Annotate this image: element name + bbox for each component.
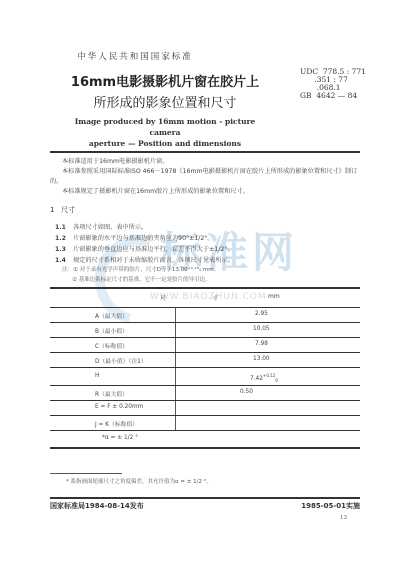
clause-1-4: 1.4规定的尺寸系相对于未收缩胶片而言，各项尺寸见表所示。 [55, 255, 234, 264]
gb-number: GB 4642 — 84 [300, 92, 366, 100]
intro-paragraph-1: 本标准适用于16mm电影摄影机片窗。 [50, 157, 360, 167]
table-row-label: D（最小值）（注1） [95, 356, 147, 365]
footnote: * 系指画面轮廓尺寸之角度偏差，其允许值为α = ± 1/2 °。 [66, 477, 212, 485]
table-row-rule [50, 322, 360, 323]
table-row-label: J = K（标称值） [95, 419, 138, 428]
udc-block: UDC 778.5 : 771 .351 : 77 .068.1 GB 4642… [300, 68, 366, 100]
intro-paragraph-3: 本标准规定了摄影机片窗在16mm胶片上所形成的影象位置和尺寸。 [50, 187, 360, 197]
watermark-url: WWW.BIAOZHUN.COM [150, 292, 267, 302]
table-row-value: 0.50 [240, 389, 253, 395]
note-1: 注：① 对于录有光学声带的胶片，尺寸D等于13.00⁺⁰·²⁵₀ mm。 [62, 265, 219, 273]
footer-divider [50, 497, 360, 499]
table-row-value: 2.95 [255, 311, 268, 317]
table-row-label: C（标称值） [95, 341, 128, 350]
title-en-line1: Image produced by 16mm motion - picture … [60, 116, 270, 138]
note-2: ② 基准边系标定尺寸的基准，它不一定是胶片的导引边。 [72, 275, 211, 283]
tolerance-plus: +0.12 [263, 373, 275, 378]
table-header-unit: mm [268, 293, 280, 300]
table-last-row: *α = ± 1/2 ° [102, 435, 138, 441]
section-heading: 1 尺寸 [50, 205, 75, 215]
table-row-rule [50, 415, 360, 416]
table-row-rule [50, 352, 360, 353]
table-row-value: 10.05 [253, 326, 270, 332]
table-top-rule [50, 287, 360, 289]
title-cn-line2: 所形成的影象位置和尺寸 [60, 93, 270, 114]
page-number: 13 [340, 515, 347, 521]
clause-1-3: 1.3片窗影象的垂直边应与基准边平行，误差不得大于±1/2°。 [55, 244, 234, 253]
table-header-rule [50, 307, 360, 308]
table-column-divider [175, 307, 176, 430]
clause-number: 1.1 [55, 224, 73, 231]
clause-number: 1.4 [55, 257, 73, 264]
section-number: 1 [50, 206, 54, 214]
table-row-label: B（最小值） [95, 326, 128, 335]
clause-number: 1.2 [55, 235, 73, 242]
section-title: 尺寸 [61, 206, 75, 214]
table-row-value: 13.00 [253, 356, 270, 362]
table-row-rule [50, 385, 360, 386]
clause-1-2: 1.2片窗影象的水平边与基准边的夹角应为90°±1/2°。 [55, 233, 214, 242]
table-row-rule [50, 400, 360, 401]
table-row-value: 7.98 [255, 341, 268, 347]
table-header-col1: 尺 [160, 293, 166, 302]
table-bottom-rule [50, 447, 360, 449]
table-row-label: A（最大值） [95, 311, 128, 320]
clause-text: 各项尺寸如图、表中所示。 [73, 224, 147, 231]
table-row-value-with-tolerance: 7.42+0.120 [250, 373, 278, 383]
table-row-rule [50, 430, 360, 431]
tolerance-minus: 0 [275, 378, 278, 383]
clause-number: 1.3 [55, 246, 73, 253]
title-en-line2: aperture — Position and dimensions [60, 138, 270, 149]
clause-text: 片窗影象的水平边与基准边的夹角应为90°±1/2°。 [73, 235, 214, 242]
title-cn-line1: 16mm电影摄影机片窗在胶片上 [60, 72, 270, 93]
header-divider [50, 151, 360, 153]
clause-text: 片窗影象的垂直边应与基准边平行，误差不得大于±1/2°。 [73, 246, 234, 253]
note-text: ① 对于录有光学声带的胶片，尺寸D等于13.00⁺⁰·²⁵₀ mm。 [73, 267, 219, 273]
table-row-rule [50, 337, 360, 338]
title-english: Image produced by 16mm motion - picture … [60, 116, 270, 149]
effective-date: 1985-05-01实施 [301, 501, 360, 511]
table-row-rule [50, 367, 360, 368]
clause-1-1: 1.1各项尺寸如图、表中所示。 [55, 222, 147, 231]
intro-paragraph-2: 本标准参照采用国际标准ISO 466－1978《16mm电影摄影机片窗在胶片上所… [50, 167, 360, 187]
table-row-label: E = F ± 0.20mm [95, 404, 143, 410]
national-standard-label: 中华人民共和国国家标准 [0, 50, 270, 62]
notes-label: 注： [62, 267, 73, 273]
footnote-divider [50, 473, 122, 474]
table-row-label: H [95, 373, 99, 379]
table-header-col2: 寸 [212, 293, 218, 302]
issued-date: 国家标准局1984-08-14发布 [50, 501, 144, 511]
table-row-value: 7.42 [250, 376, 263, 382]
title-chinese: 16mm电影摄影机片窗在胶片上 所形成的影象位置和尺寸 [60, 72, 270, 114]
table-row-label: R（最大值） [95, 389, 128, 398]
clause-text: 规定的尺寸系相对于未收缩胶片而言，各项尺寸见表所示。 [73, 257, 234, 264]
